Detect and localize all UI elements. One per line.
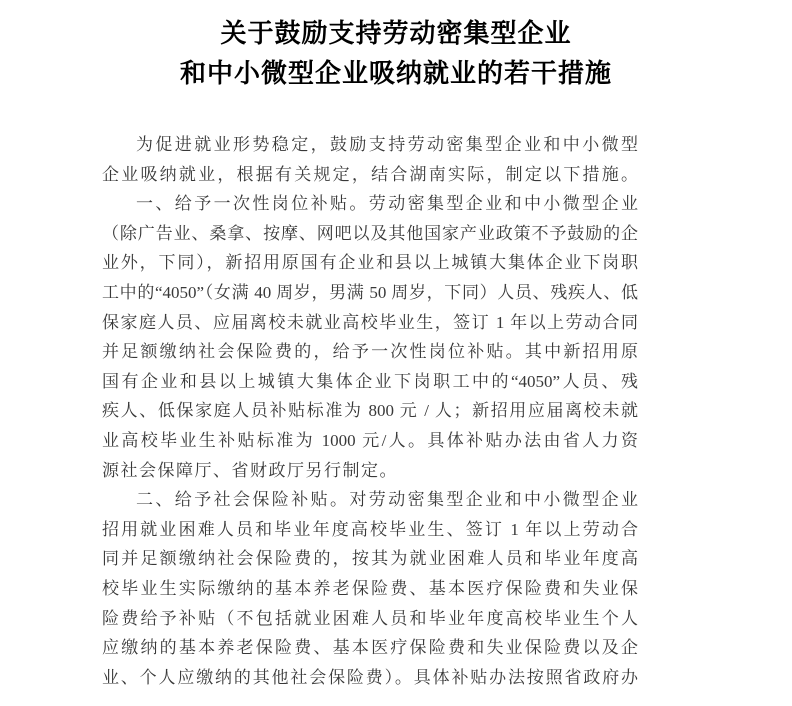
body-line: 为促进就业形势稳定，鼓励支持劳动密集型企业和中小微型 xyxy=(102,130,638,160)
body-line: 业外，下同），新招用原国有企业和县以上城镇大集体企业下岗职 xyxy=(102,248,638,278)
body-line: 保家庭人员、应届离校未就业高校毕业生，签订 1 年以上劳动合同 xyxy=(102,308,638,338)
body-line: 应缴纳的基本养老保险费、基本医疗保险费和失业保险费以及企 xyxy=(102,633,638,663)
paragraph: 二、给予社会保险补贴。对劳动密集型企业和中小微型企业招用就业困难人员和毕业年度高… xyxy=(102,485,638,692)
document-page: 关于鼓励支持劳动密集型企业 和中小微型企业吸纳就业的若干措施 为促进就业形势稳定… xyxy=(0,0,792,706)
body-line: 同并足额缴纳社会保险费的，按其为就业困难人员和毕业年度高 xyxy=(102,544,638,574)
title-line-2: 和中小微型企业吸纳就业的若干措施 xyxy=(0,54,792,94)
body-line: 工中的“4050”（女满 40 周岁，男满 50 周岁，下同）人员、残疾人、低 xyxy=(102,278,638,308)
body-line: 国有企业和县以上城镇大集体企业下岗职工中的“4050”人员、残 xyxy=(102,367,638,397)
body-line: 业高校毕业生补贴标准为 1000 元/人。具体补贴办法由省人力资 xyxy=(102,426,638,456)
body-line: 企业吸纳就业，根据有关规定，结合湖南实际，制定以下措施。 xyxy=(102,160,638,190)
body-line: 并足额缴纳社会保险费的，给予一次性岗位补贴。其中新招用原 xyxy=(102,337,638,367)
body-line: 招用就业困难人员和毕业年度高校毕业生、签订 1 年以上劳动合 xyxy=(102,515,638,545)
body-line: 疾人、低保家庭人员补贴标准为 800 元 / 人；新招用应届离校未就 xyxy=(102,396,638,426)
document-body: 为促进就业形势稳定，鼓励支持劳动密集型企业和中小微型企业吸纳就业，根据有关规定，… xyxy=(102,130,638,692)
body-line: 校毕业生实际缴纳的基本养老保险费、基本医疗保险费和失业保 xyxy=(102,574,638,604)
body-line: 二、给予社会保险补贴。对劳动密集型企业和中小微型企业 xyxy=(102,485,638,515)
document-title: 关于鼓励支持劳动密集型企业 和中小微型企业吸纳就业的若干措施 xyxy=(0,14,792,94)
body-line: 一、给予一次性岗位补贴。劳动密集型企业和中小微型企业 xyxy=(102,189,638,219)
body-line: 源社会保障厅、省财政厅另行制定。 xyxy=(102,456,638,486)
body-line: 业、个人应缴纳的其他社会保险费）。具体补贴办法按照省政府办 xyxy=(102,663,638,693)
paragraph: 为促进就业形势稳定，鼓励支持劳动密集型企业和中小微型企业吸纳就业，根据有关规定，… xyxy=(102,130,638,189)
title-line-1: 关于鼓励支持劳动密集型企业 xyxy=(0,14,792,54)
paragraph: 一、给予一次性岗位补贴。劳动密集型企业和中小微型企业（除广告业、桑拿、按摩、网吧… xyxy=(102,189,638,485)
body-line: 险费给予补贴（不包括就业困难人员和毕业年度高校毕业生个人 xyxy=(102,604,638,634)
body-line: （除广告业、桑拿、按摩、网吧以及其他国家产业政策不予鼓励的企 xyxy=(102,219,638,249)
